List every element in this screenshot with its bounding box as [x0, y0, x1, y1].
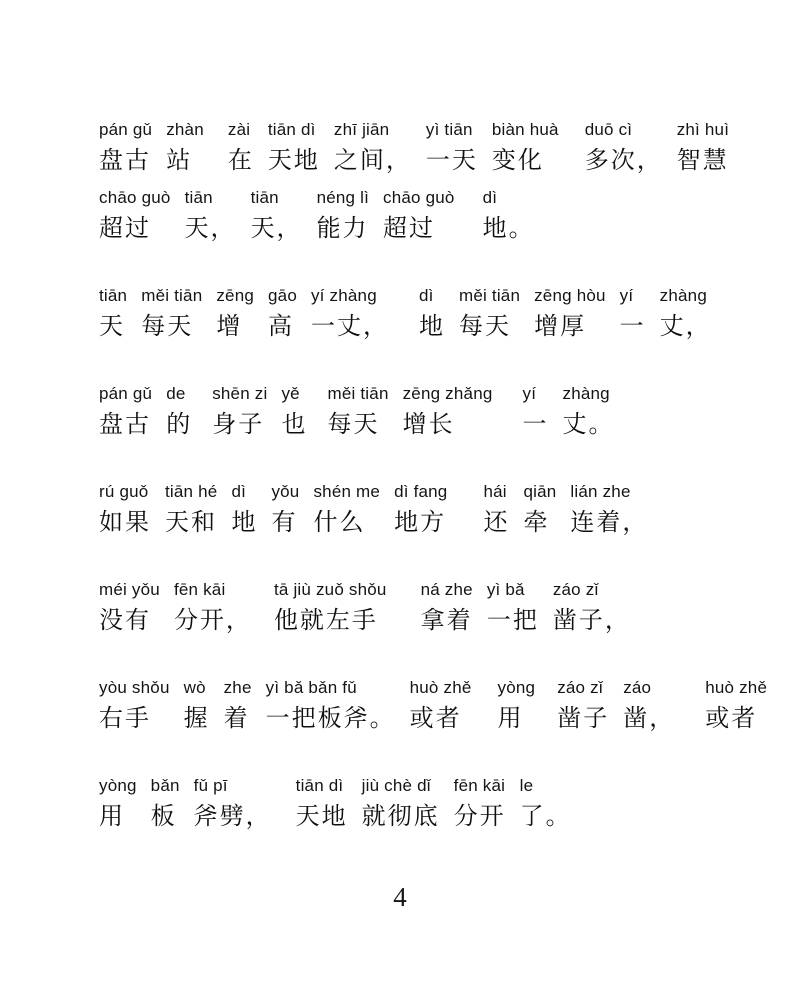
word-unit: chāo guò超过 — [99, 184, 171, 246]
word-unit: chāo guò超过 — [383, 184, 455, 246]
word-unit: yì bǎ一把 — [487, 576, 539, 638]
pinyin-word: pán gǔ — [99, 116, 152, 144]
hanzi-word: 连着， — [570, 506, 648, 540]
word-unit: yí一 — [523, 380, 549, 442]
hanzi-word: 斧劈， — [194, 800, 272, 834]
hanzi-word: 一把板斧。 — [266, 702, 396, 736]
word-unit: yí一 — [620, 282, 646, 344]
hanzi-word: 还 — [483, 506, 509, 540]
hanzi-word: 凿， — [623, 702, 675, 736]
pinyin-word: ná zhe — [421, 576, 473, 604]
pinyin-word: zhe — [224, 674, 252, 702]
word-unit: ná zhe拿着 — [421, 576, 473, 638]
word-unit: bǎn板 — [151, 772, 180, 834]
word-unit: shēn zi身子 — [212, 380, 267, 442]
pinyin-word: tiān hé — [165, 478, 217, 506]
word-unit: dì地 — [419, 282, 445, 344]
word-unit: zhàng丈， — [660, 282, 712, 344]
hanzi-word: 在 — [228, 144, 254, 178]
page-number: 4 — [393, 882, 407, 912]
pinyin-word: yì bǎ bǎn fǔ — [266, 674, 396, 702]
hanzi-word: 天地 — [268, 144, 320, 178]
hanzi-word: 多次， — [585, 144, 663, 178]
line-pair: méi yǒu没有fēn kāi分开，tā jiù zuǒ shǒu他就左手ná… — [99, 576, 750, 638]
text-block: pán gǔ盘古zhàn站zài在tiān dì天地zhī jiān之间，yì … — [99, 116, 750, 870]
pinyin-word: dì — [419, 282, 445, 310]
pinyin-word: dì fang — [394, 478, 447, 506]
hanzi-word: 着 — [224, 702, 252, 736]
word-unit: měi tiān每天 — [327, 380, 388, 442]
hanzi-word: 变化 — [492, 144, 559, 178]
hanzi-word: 如果 — [99, 506, 151, 540]
word-unit: pán gǔ盘古 — [99, 380, 152, 442]
pinyin-word: záo zǐ — [553, 576, 631, 604]
word-unit: tiān天 — [99, 282, 127, 344]
pinyin-word: rú guǒ — [99, 478, 151, 506]
hanzi-word: 了。 — [520, 800, 572, 834]
pinyin-word: hái — [483, 478, 509, 506]
page-footer: 4 — [0, 882, 800, 913]
word-unit: fǔ pī斧劈， — [194, 772, 272, 834]
hanzi-word: 一丈， — [311, 310, 389, 344]
pinyin-word: měi tiān — [459, 282, 520, 310]
word-unit: pán gǔ盘古 — [99, 116, 152, 178]
pinyin-word: yì tiān — [426, 116, 478, 144]
pinyin-word: méi yǒu — [99, 576, 160, 604]
word-unit: le了。 — [520, 772, 572, 834]
hanzi-word: 地 — [231, 506, 257, 540]
pinyin-word: yí — [620, 282, 646, 310]
hanzi-word: 增 — [216, 310, 254, 344]
hanzi-word: 智慧 — [677, 144, 729, 178]
word-unit: yí zhàng一丈， — [311, 282, 389, 344]
pinyin-word: shēn zi — [212, 380, 267, 408]
pinyin-word: zēng hòu — [534, 282, 606, 310]
word-unit: lián zhe连着， — [570, 478, 648, 540]
word-unit: shén me什么 — [313, 478, 380, 540]
word-unit: zài在 — [228, 116, 254, 178]
pinyin-word: tiān dì — [268, 116, 320, 144]
word-unit: yòng用 — [498, 674, 536, 736]
word-unit: zhī jiān之间， — [334, 116, 412, 178]
word-unit: tā jiù zuǒ shǒu他就左手 — [274, 576, 387, 638]
hanzi-word: 丈， — [660, 310, 712, 344]
pinyin-word: le — [520, 772, 572, 800]
word-unit: tiān hé天和 — [165, 478, 217, 540]
pinyin-word: zhàn — [166, 116, 204, 144]
pinyin-word: yì bǎ — [487, 576, 539, 604]
pinyin-word: měi tiān — [141, 282, 202, 310]
word-unit: zēng hòu增厚 — [534, 282, 606, 344]
pinyin-word: yí zhàng — [311, 282, 389, 310]
hanzi-word: 右手 — [99, 702, 170, 736]
word-unit: tiān dì天地 — [268, 116, 320, 178]
hanzi-word: 盘古 — [99, 144, 152, 178]
hanzi-word: 盘古 — [99, 408, 152, 442]
hanzi-word: 板 — [151, 800, 180, 834]
hanzi-word: 的 — [166, 408, 192, 442]
hanzi-word: 用 — [99, 800, 137, 834]
pinyin-word: zhì huì — [677, 116, 729, 144]
line-pair: yòu shǒu右手wò握zhe着yì bǎ bǎn fǔ一把板斧。huò zh… — [99, 674, 750, 736]
word-unit: wò握 — [184, 674, 210, 736]
hanzi-word: 站 — [166, 144, 204, 178]
word-unit: tiān天， — [251, 184, 303, 246]
hanzi-word: 地。 — [483, 212, 535, 246]
hanzi-word: 什么 — [313, 506, 380, 540]
pinyin-word: yòu shǒu — [99, 674, 170, 702]
pinyin-word: zài — [228, 116, 254, 144]
word-unit: méi yǒu没有 — [99, 576, 160, 638]
pinyin-word: tiān — [99, 282, 127, 310]
pinyin-word: zēng — [216, 282, 254, 310]
pinyin-word: néng lì — [317, 184, 369, 212]
word-unit: zēng zhǎng增长 — [403, 380, 493, 442]
pinyin-word: dì — [483, 184, 535, 212]
word-unit: zēng增 — [216, 282, 254, 344]
hanzi-word: 一 — [523, 408, 549, 442]
hanzi-word: 每天 — [141, 310, 202, 344]
pinyin-word: lián zhe — [570, 478, 648, 506]
hanzi-word: 一天 — [426, 144, 478, 178]
hanzi-word: 用 — [498, 702, 536, 736]
hanzi-word: 天和 — [165, 506, 217, 540]
hanzi-word: 天， — [185, 212, 237, 246]
word-unit: de的 — [166, 380, 192, 442]
hanzi-word: 之间， — [334, 144, 412, 178]
hanzi-word: 有 — [271, 506, 299, 540]
hanzi-word: 天地 — [296, 800, 348, 834]
pinyin-word: tiān — [251, 184, 303, 212]
hanzi-word: 凿子 — [557, 702, 609, 736]
word-unit: tiān dì天地 — [296, 772, 348, 834]
word-unit: záo凿， — [623, 674, 675, 736]
word-unit: dì地 — [231, 478, 257, 540]
pinyin-word: biàn huà — [492, 116, 559, 144]
line-pair: chāo guò超过tiān天，tiān天，néng lì能力chāo guò超… — [99, 184, 750, 246]
word-unit: záo zǐ凿子 — [557, 674, 609, 736]
pinyin-word: tā jiù zuǒ shǒu — [274, 576, 387, 604]
pinyin-word: shén me — [313, 478, 380, 506]
word-unit: zhe着 — [224, 674, 252, 736]
pinyin-word: dì — [231, 478, 257, 506]
pinyin-word: bǎn — [151, 772, 180, 800]
word-unit: biàn huà变化 — [492, 116, 559, 178]
hanzi-word: 天， — [251, 212, 303, 246]
word-unit: huò zhě或者 — [410, 674, 472, 736]
line-pair: tiān天měi tiān每天zēng增gāo高yí zhàng一丈，dì地mě… — [99, 282, 750, 344]
word-unit: yòng用 — [99, 772, 137, 834]
pinyin-word: záo zǐ — [557, 674, 609, 702]
pinyin-word: fēn kāi — [174, 576, 252, 604]
word-unit: jiù chè dǐ就彻底 — [362, 772, 440, 834]
pinyin-word: yòng — [99, 772, 137, 800]
word-unit: rú guǒ如果 — [99, 478, 151, 540]
pinyin-word: pán gǔ — [99, 380, 152, 408]
line-pair: pán gǔ盘古de的shēn zi身子yě也měi tiān每天zēng zh… — [99, 380, 750, 442]
line-pair: rú guǒ如果tiān hé天和dì地yǒu有shén me什么dì fang… — [99, 478, 750, 540]
word-unit: néng lì能力 — [317, 184, 369, 246]
pinyin-word: wò — [184, 674, 210, 702]
hanzi-word: 分开， — [174, 604, 252, 638]
hanzi-word: 一把 — [487, 604, 539, 638]
pinyin-word: huò zhě — [705, 674, 767, 702]
word-unit: zhì huì智慧 — [677, 116, 729, 178]
hanzi-word: 超过 — [99, 212, 171, 246]
pinyin-word: huò zhě — [410, 674, 472, 702]
hanzi-word: 地方 — [394, 506, 447, 540]
hanzi-word: 增长 — [403, 408, 493, 442]
pinyin-word: yí — [523, 380, 549, 408]
pinyin-word: zēng zhǎng — [403, 380, 493, 408]
hanzi-word: 高 — [268, 310, 297, 344]
hanzi-word: 天 — [99, 310, 127, 344]
pinyin-word: měi tiān — [327, 380, 388, 408]
hanzi-word: 超过 — [383, 212, 455, 246]
word-unit: yǒu有 — [271, 478, 299, 540]
hanzi-word: 增厚 — [534, 310, 606, 344]
hanzi-word: 分开 — [454, 800, 506, 834]
word-unit: duō cì多次， — [585, 116, 663, 178]
hanzi-word: 地 — [419, 310, 445, 344]
hanzi-word: 牵 — [523, 506, 556, 540]
hanzi-word: 拿着 — [421, 604, 473, 638]
pinyin-word: gāo — [268, 282, 297, 310]
word-unit: yì tiān一天 — [426, 116, 478, 178]
word-unit: fēn kāi分开 — [454, 772, 506, 834]
line-pair: yòng用bǎn板fǔ pī斧劈，tiān dì天地jiù chè dǐ就彻底f… — [99, 772, 750, 834]
pinyin-word: qiān — [523, 478, 556, 506]
pinyin-word: tiān dì — [296, 772, 348, 800]
pinyin-word: zhī jiān — [334, 116, 412, 144]
pinyin-word: chāo guò — [383, 184, 455, 212]
line-pair: pán gǔ盘古zhàn站zài在tiān dì天地zhī jiān之间，yì … — [99, 116, 750, 178]
word-unit: zhàng丈。 — [563, 380, 615, 442]
pinyin-word: duō cì — [585, 116, 663, 144]
document-page: pán gǔ盘古zhàn站zài在tiān dì天地zhī jiān之间，yì … — [0, 0, 800, 1000]
pinyin-word: chāo guò — [99, 184, 171, 212]
hanzi-word: 凿子， — [553, 604, 631, 638]
word-unit: dì地。 — [483, 184, 535, 246]
word-unit: hái还 — [483, 478, 509, 540]
pinyin-word: yě — [281, 380, 307, 408]
hanzi-word: 丈。 — [563, 408, 615, 442]
word-unit: dì fang地方 — [394, 478, 447, 540]
hanzi-word: 没有 — [99, 604, 160, 638]
hanzi-word: 身子 — [212, 408, 267, 442]
hanzi-word: 就彻底 — [362, 800, 440, 834]
pinyin-word: de — [166, 380, 192, 408]
word-unit: tiān天， — [185, 184, 237, 246]
pinyin-word: záo — [623, 674, 675, 702]
pinyin-word: yǒu — [271, 478, 299, 506]
word-unit: yì bǎ bǎn fǔ一把板斧。 — [266, 674, 396, 736]
hanzi-word: 一 — [620, 310, 646, 344]
hanzi-word: 或者 — [705, 702, 767, 736]
hanzi-word: 他就左手 — [274, 604, 387, 638]
pinyin-word: yòng — [498, 674, 536, 702]
pinyin-word: fēn kāi — [454, 772, 506, 800]
hanzi-word: 能力 — [317, 212, 369, 246]
pinyin-word: zhàng — [563, 380, 615, 408]
word-unit: záo zǐ凿子， — [553, 576, 631, 638]
pinyin-word: zhàng — [660, 282, 712, 310]
word-unit: gāo高 — [268, 282, 297, 344]
word-unit: yòu shǒu右手 — [99, 674, 170, 736]
hanzi-word: 也 — [281, 408, 307, 442]
word-unit: huò zhě或者 — [705, 674, 767, 736]
word-unit: zhàn站 — [166, 116, 204, 178]
pinyin-word: tiān — [185, 184, 237, 212]
word-unit: fēn kāi分开， — [174, 576, 252, 638]
pinyin-word: fǔ pī — [194, 772, 272, 800]
word-unit: yě也 — [281, 380, 307, 442]
hanzi-word: 握 — [184, 702, 210, 736]
hanzi-word: 每天 — [459, 310, 520, 344]
word-unit: měi tiān每天 — [459, 282, 520, 344]
pinyin-word: jiù chè dǐ — [362, 772, 440, 800]
word-unit: qiān牵 — [523, 478, 556, 540]
hanzi-word: 或者 — [410, 702, 472, 736]
hanzi-word: 每天 — [327, 408, 388, 442]
word-unit: měi tiān每天 — [141, 282, 202, 344]
